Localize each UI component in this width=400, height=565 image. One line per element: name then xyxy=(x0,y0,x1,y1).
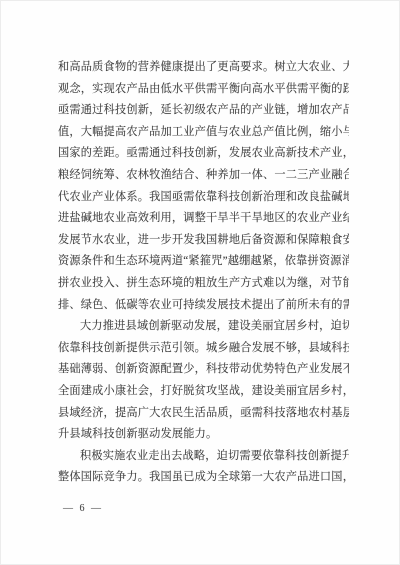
text-line: 县域经济，提高广大农民生活品质，亟需科技落地农村基层，提 xyxy=(58,403,349,425)
text-line: 升县域科技创新驱动发展能力。 xyxy=(58,424,349,446)
page-number: — 6 — xyxy=(63,502,103,516)
text-line: 粮经饲统筹、农林牧渔结合、种养加一体、一二三产业融合的现 xyxy=(58,165,349,187)
paragraph: 和高品质食物的营养健康提出了更高要求。树立大农业、大食物 观念，实现农产品由低水… xyxy=(58,57,349,316)
text-line: 依靠科技创新提供示范引领。城乡融合发展不够，县域科技创新 xyxy=(58,338,349,360)
text-line: 基础薄弱、创新资源配置少，科技带动优势特色产业发展不突出。 xyxy=(58,359,349,381)
text-line: 值，大幅提高农产品加工业产值与农业总产值比例，缩小与发达 xyxy=(58,122,349,144)
text-line: 亟需通过科技创新，延长初级农产品的产业链，增加农产品附加 xyxy=(58,100,349,122)
text-line: 大力推进县域创新驱动发展，建设美丽宜居乡村，迫切需要 xyxy=(58,316,349,338)
text-line: 进盐碱地农业高效利用，调整干旱半干旱地区的农业产业结构， xyxy=(58,208,349,230)
text-line: 拼农业投入、拼生态环境的粗放生产方式难以为继，对节能、减 xyxy=(58,273,349,295)
text-line: 代农业产业体系。我国亟需依靠科技创新治理和改良盐碱地，促 xyxy=(58,187,349,209)
text-line: 资源条件和生态环境两道“紧箍咒”越绷越紧，依靠拼资源消耗、 xyxy=(58,251,349,273)
document-page: 和高品质食物的营养健康提出了更高要求。树立大农业、大食物 观念，实现农产品由低水… xyxy=(0,0,400,565)
text-line: 发展节水农业，进一步开发我国耕地后备资源和保障粮食安全。 xyxy=(58,230,349,252)
document-body: 和高品质食物的营养健康提出了更高要求。树立大农业、大食物 观念，实现农产品由低水… xyxy=(58,57,349,489)
text-line: 排、绿色、低碳等农业可持续发展技术提出了前所未有的需求。 xyxy=(58,295,349,317)
paragraph: 大力推进县域创新驱动发展，建设美丽宜居乡村，迫切需要 依靠科技创新提供示范引领。… xyxy=(58,316,349,446)
text-line: 积极实施农业走出去战略，迫切需要依靠科技创新提升农业 xyxy=(58,446,349,468)
paragraph: 积极实施农业走出去战略，迫切需要依靠科技创新提升农业 整体国际竞争力。我国虽已成… xyxy=(58,446,349,489)
text-line: 观念，实现农产品由低水平供需平衡向高水平供需平衡的跃升， xyxy=(58,79,349,101)
text-line: 全面建成小康社会，打好脱贫攻坚战，建设美丽宜居乡村，壮大 xyxy=(58,381,349,403)
text-line: 和高品质食物的营养健康提出了更高要求。树立大农业、大食物 xyxy=(58,57,349,79)
text-line: 整体国际竞争力。我国虽已成为全球第一大农产品进口国，第二 xyxy=(58,467,349,489)
text-line: 国家的差距。亟需通过科技创新，发展农业高新技术产业，建立 xyxy=(58,143,349,165)
